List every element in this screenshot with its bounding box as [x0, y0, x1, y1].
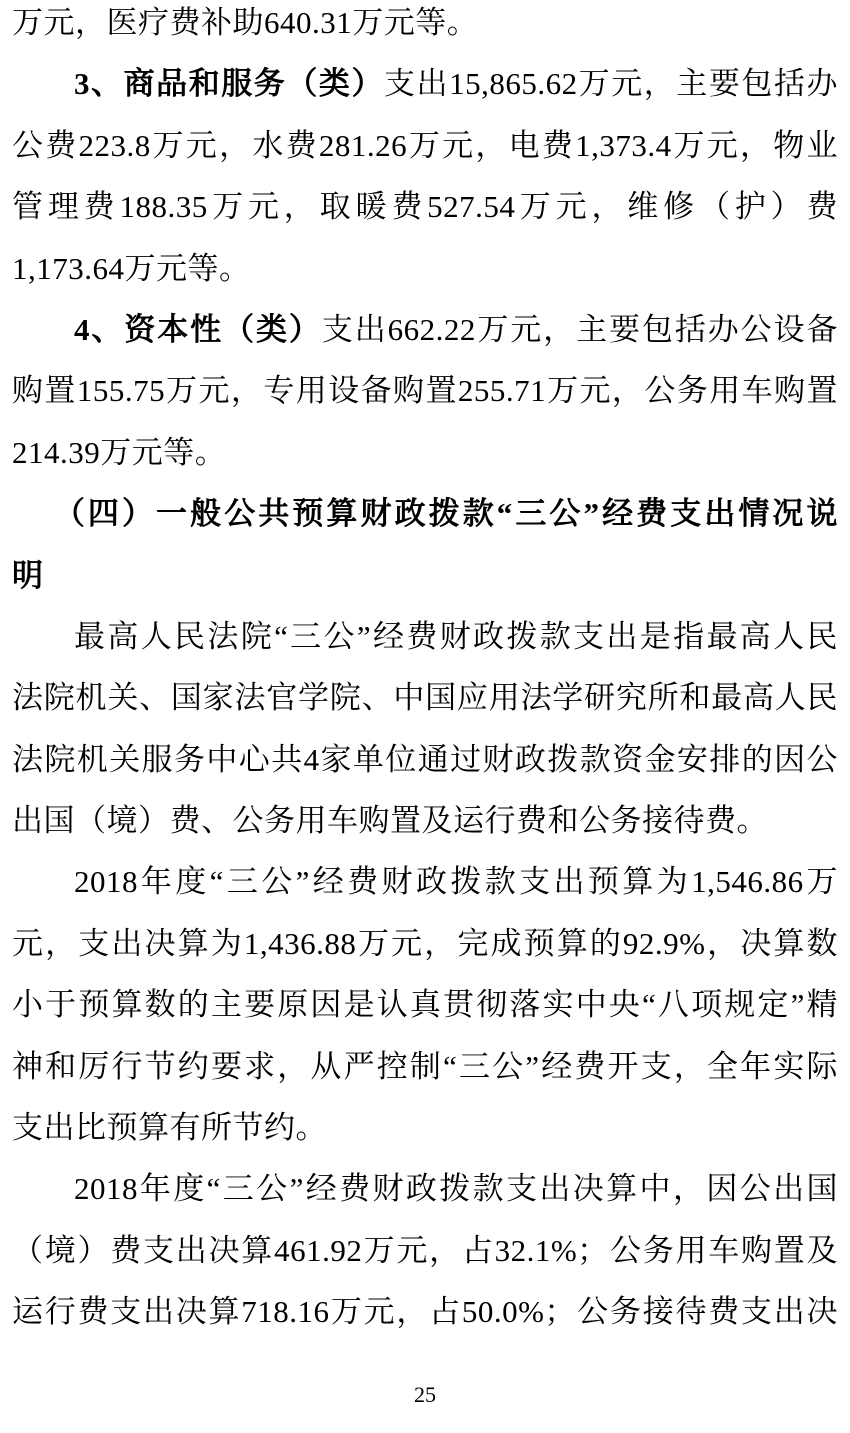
text-line: （四）一般公共预算财政拨款“三公”经费支出情况说	[12, 483, 838, 544]
text-line: 购置155.75万元，专用设备购置255.71万元，公务用车购置	[12, 360, 838, 421]
text-run: 神和厉行节约要求，从严控制“三公”经费开支，全年实际	[12, 1049, 838, 1084]
text-run: 管理费188.35万元，取暖费527.54万元，维修（护）费	[12, 189, 838, 224]
text-run: 法院机关服务中心共4家单位通过财政拨款资金安排的因公	[12, 742, 838, 777]
text-run: 支出662.22万元，主要包括办公设备	[322, 312, 838, 347]
text-run: 出国（境）费、公务用车购置及运行费和公务接待费。	[12, 803, 768, 838]
text-run: 支出比预算有所节约。	[12, 1110, 327, 1145]
text-run: 2018年度“三公”经费财政拨款支出预算为1,546.86万	[74, 864, 838, 899]
text-line: 最高人民法院“三公”经费财政拨款支出是指最高人民	[12, 606, 838, 667]
text-line: 万元，医疗费补助640.31万元等。	[12, 0, 838, 53]
document-page: 万元，医疗费补助640.31万元等。3、商品和服务（类）支出15,865.62万…	[0, 0, 850, 1433]
text-line: 法院机关、国家法官学院、中国应用法学研究所和最高人民	[12, 667, 838, 728]
heading-run: 4、资本性（类）	[74, 312, 322, 347]
text-line: 3、商品和服务（类）支出15,865.62万元，主要包括办	[12, 53, 838, 114]
text-line: 小于预算数的主要原因是认真贯彻落实中央“八项规定”精	[12, 974, 838, 1035]
text-line: 明	[12, 545, 838, 606]
text-run: 元，支出决算为1,436.88万元，完成预算的92.9%，决算数	[12, 926, 838, 961]
text-line: 管理费188.35万元，取暖费527.54万元，维修（护）费	[12, 176, 838, 237]
text-run: 2018年度“三公”经费财政拨款支出决算中，因公出国	[74, 1171, 838, 1206]
text-line: （境）费支出决算461.92万元，占32.1%；公务用车购置及	[12, 1220, 838, 1281]
text-line: 神和厉行节约要求，从严控制“三公”经费开支，全年实际	[12, 1036, 838, 1097]
text-run: 运行费支出决算718.16万元，占50.0%；公务接待费支出决	[12, 1294, 838, 1329]
text-line: 214.39万元等。	[12, 422, 838, 483]
text-line: 2018年度“三公”经费财政拨款支出预算为1,546.86万	[12, 851, 838, 912]
text-line: 法院机关服务中心共4家单位通过财政拨款资金安排的因公	[12, 729, 838, 790]
text-line: 2018年度“三公”经费财政拨款支出决算中，因公出国	[12, 1158, 838, 1219]
text-run: 214.39万元等。	[12, 435, 226, 470]
heading-run: 3、商品和服务（类）	[74, 66, 384, 101]
text-run: 小于预算数的主要原因是认真贯彻落实中央“八项规定”精	[12, 987, 838, 1022]
text-line: 1,173.64万元等。	[12, 238, 838, 299]
heading-run: （四）一般公共预算财政拨款“三公”经费支出情况说	[54, 496, 838, 531]
page-number: 25	[0, 1381, 850, 1409]
text-line: 元，支出决算为1,436.88万元，完成预算的92.9%，决算数	[12, 913, 838, 974]
text-line: 出国（境）费、公务用车购置及运行费和公务接待费。	[12, 790, 838, 851]
text-line: 公费223.8万元，水费281.26万元，电费1,373.4万元，物业	[12, 115, 838, 176]
text-run: 1,173.64万元等。	[12, 251, 251, 286]
text-run: 支出15,865.62万元，主要包括办	[384, 66, 838, 101]
text-run: 购置155.75万元，专用设备购置255.71万元，公务用车购置	[12, 373, 838, 408]
text-line: 支出比预算有所节约。	[12, 1097, 838, 1158]
text-run: 公费223.8万元，水费281.26万元，电费1,373.4万元，物业	[12, 128, 838, 163]
text-line: 4、资本性（类）支出662.22万元，主要包括办公设备	[12, 299, 838, 360]
document-body: 万元，医疗费补助640.31万元等。3、商品和服务（类）支出15,865.62万…	[12, 0, 838, 1343]
heading-run: 明	[12, 558, 44, 593]
text-line: 运行费支出决算718.16万元，占50.0%；公务接待费支出决	[12, 1281, 838, 1342]
text-run: 万元，医疗费补助640.31万元等。	[12, 5, 478, 40]
text-run: 最高人民法院“三公”经费财政拨款支出是指最高人民	[74, 619, 838, 654]
text-run: （境）费支出决算461.92万元，占32.1%；公务用车购置及	[12, 1233, 838, 1268]
text-run: 法院机关、国家法官学院、中国应用法学研究所和最高人民	[12, 680, 838, 715]
